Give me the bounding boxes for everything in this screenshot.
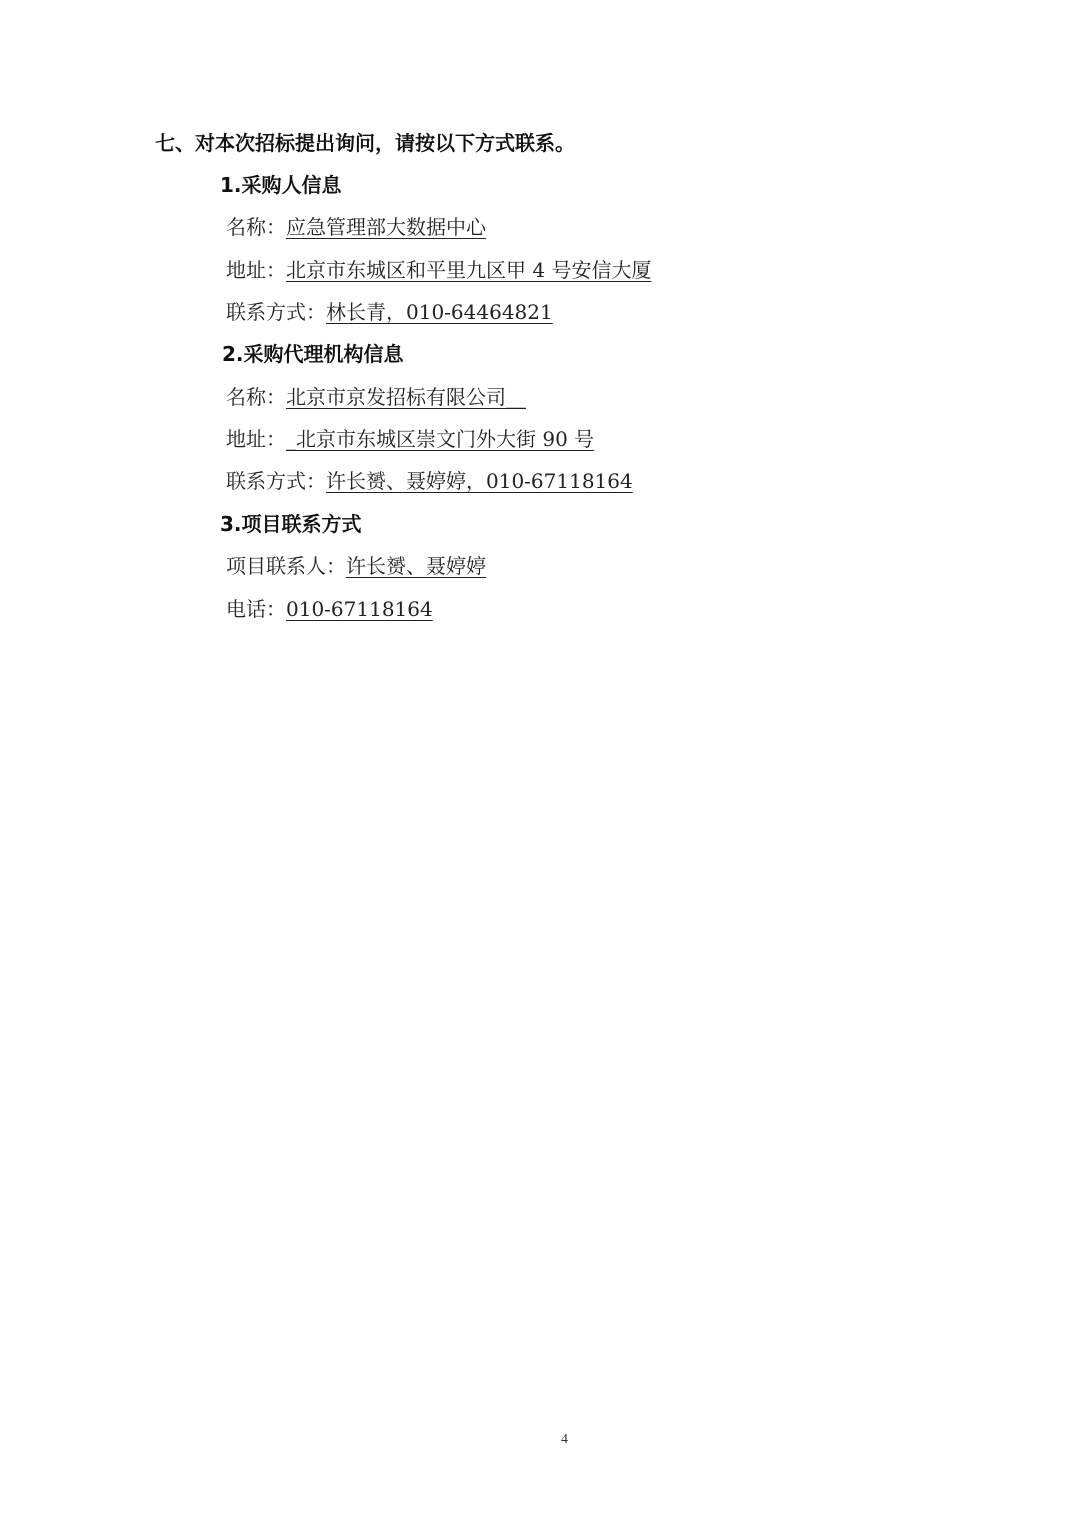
purchaser-name-value: 应急管理部大数据中心 <box>286 215 486 239</box>
project-heading: 3.项目联系方式 <box>220 510 362 538</box>
agency-contact-label: 联系方式： <box>226 469 326 493</box>
project-person-label: 项目联系人： <box>226 554 346 578</box>
purchaser-contact-row: 联系方式：林长青，010-64464821 <box>226 298 553 326</box>
purchaser-address-row: 地址：北京市东城区和平里九区甲 4 号安信大厦 <box>226 256 651 284</box>
purchaser-contact-label: 联系方式： <box>226 300 326 324</box>
project-person-value: 许长赟、聂婷婷 <box>346 554 486 578</box>
purchaser-contact-value: 林长青，010-64464821 <box>326 300 553 324</box>
purchaser-name-label: 名称： <box>226 215 286 239</box>
agency-name-value: 北京市京发招标有限公司__ <box>286 385 526 409</box>
agency-heading: 2.采购代理机构信息 <box>222 340 404 368</box>
page-number: 4 <box>561 1432 568 1448</box>
agency-address-value: _北京市东城区崇文门外大街 90 号 <box>286 427 594 451</box>
section-title: 七、对本次招标提出询问，请按以下方式联系。 <box>155 129 575 157</box>
agency-address-label: 地址： <box>226 427 286 451</box>
purchaser-address-label: 地址： <box>226 258 286 282</box>
project-person-row: 项目联系人：许长赟、聂婷婷 <box>226 552 486 580</box>
purchaser-name-row: 名称：应急管理部大数据中心 <box>226 213 486 241</box>
agency-contact-value: 许长赟、聂婷婷，010-67118164 <box>326 469 633 493</box>
project-phone-row: 电话：010-67118164 <box>226 595 433 623</box>
purchaser-heading: 1.采购人信息 <box>220 171 342 199</box>
agency-name-label: 名称： <box>226 385 286 409</box>
agency-name-row: 名称：北京市京发招标有限公司__ <box>226 383 526 411</box>
project-phone-label: 电话： <box>226 597 286 621</box>
project-phone-value: 010-67118164 <box>286 597 433 621</box>
purchaser-address-value: 北京市东城区和平里九区甲 4 号安信大厦 <box>286 258 651 282</box>
agency-address-row: 地址：_北京市东城区崇文门外大街 90 号 <box>226 425 594 453</box>
agency-contact-row: 联系方式：许长赟、聂婷婷，010-67118164 <box>226 467 633 495</box>
